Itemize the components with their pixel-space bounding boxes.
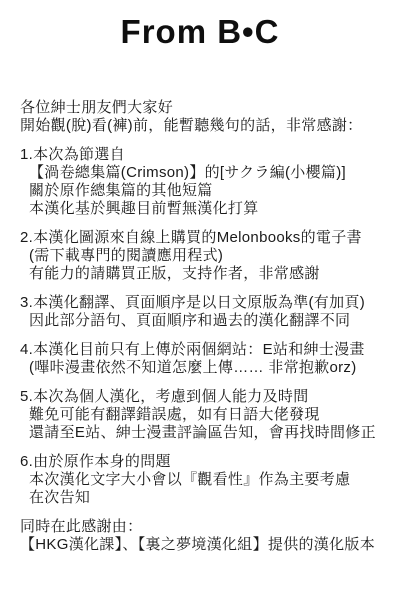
text-line: 還請至E站、紳士漫畫評論區告知，會再找時間修正 bbox=[20, 424, 384, 442]
notes-text: 各位紳士朋友們大家好開始觀(脫)看(褲)前，能暫聽幾句的話，非常感謝：1.本次為… bbox=[0, 51, 400, 554]
credits-page: From B•C 各位紳士朋友們大家好開始觀(脫)看(褲)前，能暫聽幾句的話，非… bbox=[0, 0, 400, 598]
paragraph: 4.本漢化目前只有上傳於兩個網站：E站和紳士漫畫(嗶咔漫畫依然不知道怎麼上傳……… bbox=[20, 341, 384, 377]
text-line: 難免可能有翻譯錯誤處，如有日語大佬發現 bbox=[20, 406, 384, 424]
text-line: 1.本次為節選自 bbox=[20, 146, 384, 164]
page-title: From B•C bbox=[0, 0, 400, 51]
text-line: 2.本漢化圖源來自線上購買的Melonbooks的電子書 bbox=[20, 229, 384, 247]
text-line: 在次告知 bbox=[20, 489, 384, 507]
text-line: 同時在此感謝由： bbox=[20, 518, 384, 536]
paragraph: 2.本漢化圖源來自線上購買的Melonbooks的電子書(需下載專門的閱讀應用程… bbox=[20, 229, 384, 283]
text-line: 有能力的請購買正版，支持作者，非常感謝 bbox=[20, 265, 384, 283]
paragraph: 同時在此感謝由：【HKG漢化課】、【裏之夢境漢化組】提供的漢化版本 bbox=[20, 518, 384, 554]
text-line: 【渦卷總集篇(Crimson)】的[サクラ編(小櫻篇)] bbox=[20, 164, 384, 182]
paragraph: 5.本次為個人漢化，考慮到個人能力及時間難免可能有翻譯錯誤處，如有日語大佬發現還… bbox=[20, 388, 384, 442]
text-line: 3.本漢化翻譯、頁面順序是以日文原版為準(有加頁) bbox=[20, 294, 384, 312]
text-line: 關於原作總集篇的其他短篇 bbox=[20, 182, 384, 200]
text-line: 6.由於原作本身的問題 bbox=[20, 453, 384, 471]
text-line: 本漢化基於興趣目前暫無漢化打算 bbox=[20, 200, 384, 218]
text-line: 本次漢化文字大小會以『觀看性』作為主要考慮 bbox=[20, 471, 384, 489]
paragraph: 各位紳士朋友們大家好開始觀(脫)看(褲)前，能暫聽幾句的話，非常感謝： bbox=[20, 99, 384, 135]
paragraph: 1.本次為節選自【渦卷總集篇(Crimson)】的[サクラ編(小櫻篇)]關於原作… bbox=[20, 146, 384, 218]
text-line: 4.本漢化目前只有上傳於兩個網站：E站和紳士漫畫 bbox=[20, 341, 384, 359]
text-line: (需下載專門的閱讀應用程式) bbox=[20, 247, 384, 265]
text-line: 因此部分語句、頁面順序和過去的漢化翻譯不同 bbox=[20, 312, 384, 330]
text-line: (嗶咔漫畫依然不知道怎麼上傳…… 非常抱歉orz) bbox=[20, 359, 384, 377]
text-line: 【HKG漢化課】、【裏之夢境漢化組】提供的漢化版本 bbox=[20, 536, 384, 554]
paragraph: 3.本漢化翻譯、頁面順序是以日文原版為準(有加頁)因此部分語句、頁面順序和過去的… bbox=[20, 294, 384, 330]
text-line: 開始觀(脫)看(褲)前，能暫聽幾句的話，非常感謝： bbox=[20, 117, 384, 135]
paragraph: 6.由於原作本身的問題本次漢化文字大小會以『觀看性』作為主要考慮在次告知 bbox=[20, 453, 384, 507]
text-line: 5.本次為個人漢化，考慮到個人能力及時間 bbox=[20, 388, 384, 406]
text-line: 各位紳士朋友們大家好 bbox=[20, 99, 384, 117]
